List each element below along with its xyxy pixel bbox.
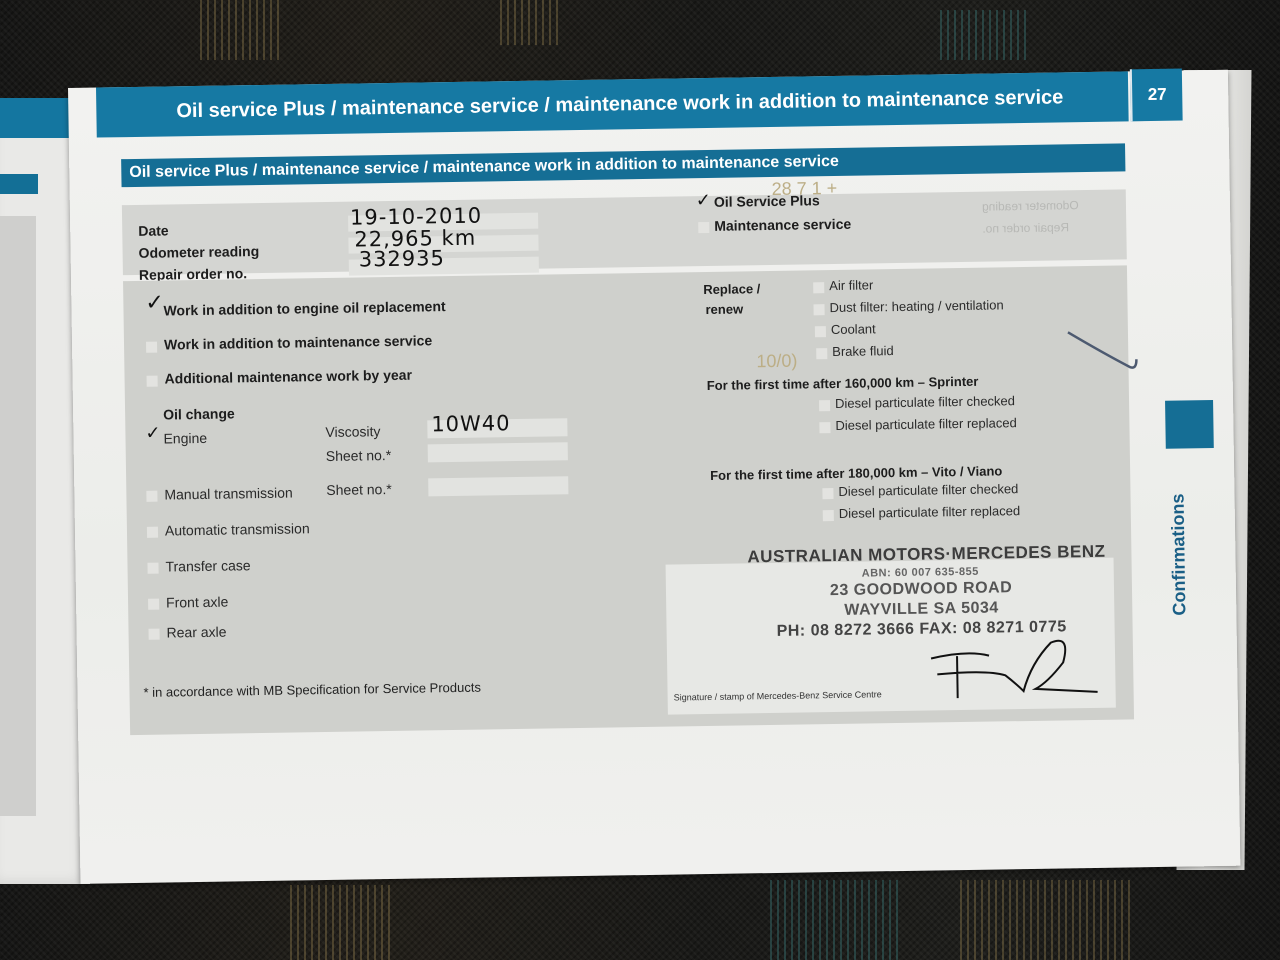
front-axle-label: Front axle [166,594,228,611]
faint-handwriting: 28 7 1 + [772,178,838,200]
replace-heading-line1: Replace / [703,281,760,297]
stamp-suburb: WAYVILLE SA 5034 [844,599,999,619]
checkmark-icon: ✓ [696,190,711,211]
checkbox-maintenance-service[interactable] [698,222,709,233]
stamp-address: 23 GOODWOOD ROAD [830,579,1012,600]
dust-filter-label: Dust filter: heating / ventilation [829,297,1003,315]
faint-handwriting: 10/0) [756,351,797,373]
page-number: 27 [1130,69,1183,122]
checkmark-icon: ✓ [145,291,164,316]
section-title: Oil service Plus / maintenance service /… [121,143,1125,187]
service-type-maintenance-label: Maintenance service [714,216,851,234]
work-item-by-year-label: Additional maintenance work by year [164,367,412,387]
fabric-pattern [200,0,280,60]
fabric-pattern [500,0,560,45]
oil-change-heading: Oil change [163,405,235,422]
checkbox-coolant[interactable] [815,326,826,337]
page-header-title: Oil service Plus / maintenance service /… [176,86,1063,123]
work-item-maintenance-label: Work in addition to maintenance service [164,332,432,352]
checkmark-icon: ✓ [145,423,160,444]
signature-icon [927,632,1108,715]
rear-axle-label: Rear axle [166,624,226,641]
checkbox-work-maintenance[interactable] [146,342,157,353]
checkbox-manual-transmission[interactable] [146,491,157,502]
page-header: Oil service Plus / maintenance service /… [96,71,1129,137]
fabric-pattern [940,10,1030,60]
sprinter-dpf-replaced-label: Diesel particulate filter replaced [835,415,1017,433]
sprinter-dpf-checked-label: Diesel particulate filter checked [835,393,1015,411]
manual-sheet-no-field[interactable] [428,476,568,496]
checkbox-sprinter-dpf-replaced[interactable] [819,422,830,433]
odometer-label: Odometer reading [138,243,259,261]
vito-dpf-checked-label: Diesel particulate filter checked [838,481,1018,499]
checkbox-dust-filter[interactable] [813,304,824,315]
bleed-through-text: Odometer reading [982,198,1079,214]
checkbox-front-axle[interactable] [148,599,159,610]
fabric-pattern [770,880,900,960]
checkbox-vito-dpf-checked[interactable] [822,488,833,499]
confirmations-tab-marker[interactable] [1165,400,1214,449]
sprinter-heading: For the first time after 160,000 km – Sp… [707,374,979,393]
checkbox-vito-dpf-replaced[interactable] [823,510,834,521]
vito-dpf-replaced-label: Diesel particulate filter replaced [839,503,1021,521]
confirmations-tab-label[interactable]: Confirmations [1168,493,1191,615]
vito-viano-heading: For the first time after 180,000 km – Vi… [710,463,1002,483]
fabric-pattern [960,880,1130,960]
date-label: Date [138,222,169,238]
sheet-no-label: Sheet no.* [326,447,392,464]
transfer-case-label: Transfer case [165,557,250,574]
oil-change-engine-label[interactable]: Engine [163,430,207,447]
replace-heading-line2: renew [705,301,743,317]
checkbox-transfer-case[interactable] [147,563,158,574]
repair-order-value: 332935 [359,246,446,271]
checkbox-automatic-transmission[interactable] [147,527,158,538]
work-item-engine-oil[interactable]: Work in addition to engine oil replaceme… [163,298,445,318]
left-page-section-band [0,174,38,194]
service-record-page: Oil service Plus / maintenance service /… [68,70,1240,884]
viscosity-label: Viscosity [325,423,380,440]
checkbox-air-filter[interactable] [813,282,824,293]
pen-mark-icon [1064,325,1145,376]
coolant-label: Coolant [831,321,876,337]
section-title-text: Oil service Plus / maintenance service /… [129,153,839,182]
checkbox-brake-fluid[interactable] [816,348,827,359]
checkbox-sprinter-dpf-checked[interactable] [819,400,830,411]
bleed-through-text: Repair order no. [982,220,1069,235]
record-header-area: Date Odometer reading Repair order no. 1… [122,189,1127,275]
left-page-form-area [0,216,36,816]
signature-caption: Signature / stamp of Mercedes-Benz Servi… [674,689,882,702]
page-number-text: 27 [1148,85,1167,105]
checkbox-rear-axle[interactable] [149,629,160,640]
viscosity-value: 10W40 [431,411,511,436]
stamp-abn: ABN: 60 007 635-855 [862,566,979,580]
manual-sheet-no-label: Sheet no.* [326,481,392,498]
manual-transmission-label: Manual transmission [164,485,293,503]
brake-fluid-label: Brake fluid [832,343,894,359]
air-filter-label: Air filter [829,277,873,293]
automatic-transmission-label: Automatic transmission [165,520,310,538]
checkbox-additional-by-year[interactable] [147,376,158,387]
sheet-no-field[interactable] [428,442,568,462]
footnote: * in accordance with MB Specification fo… [143,680,481,700]
fabric-pattern [290,885,390,960]
